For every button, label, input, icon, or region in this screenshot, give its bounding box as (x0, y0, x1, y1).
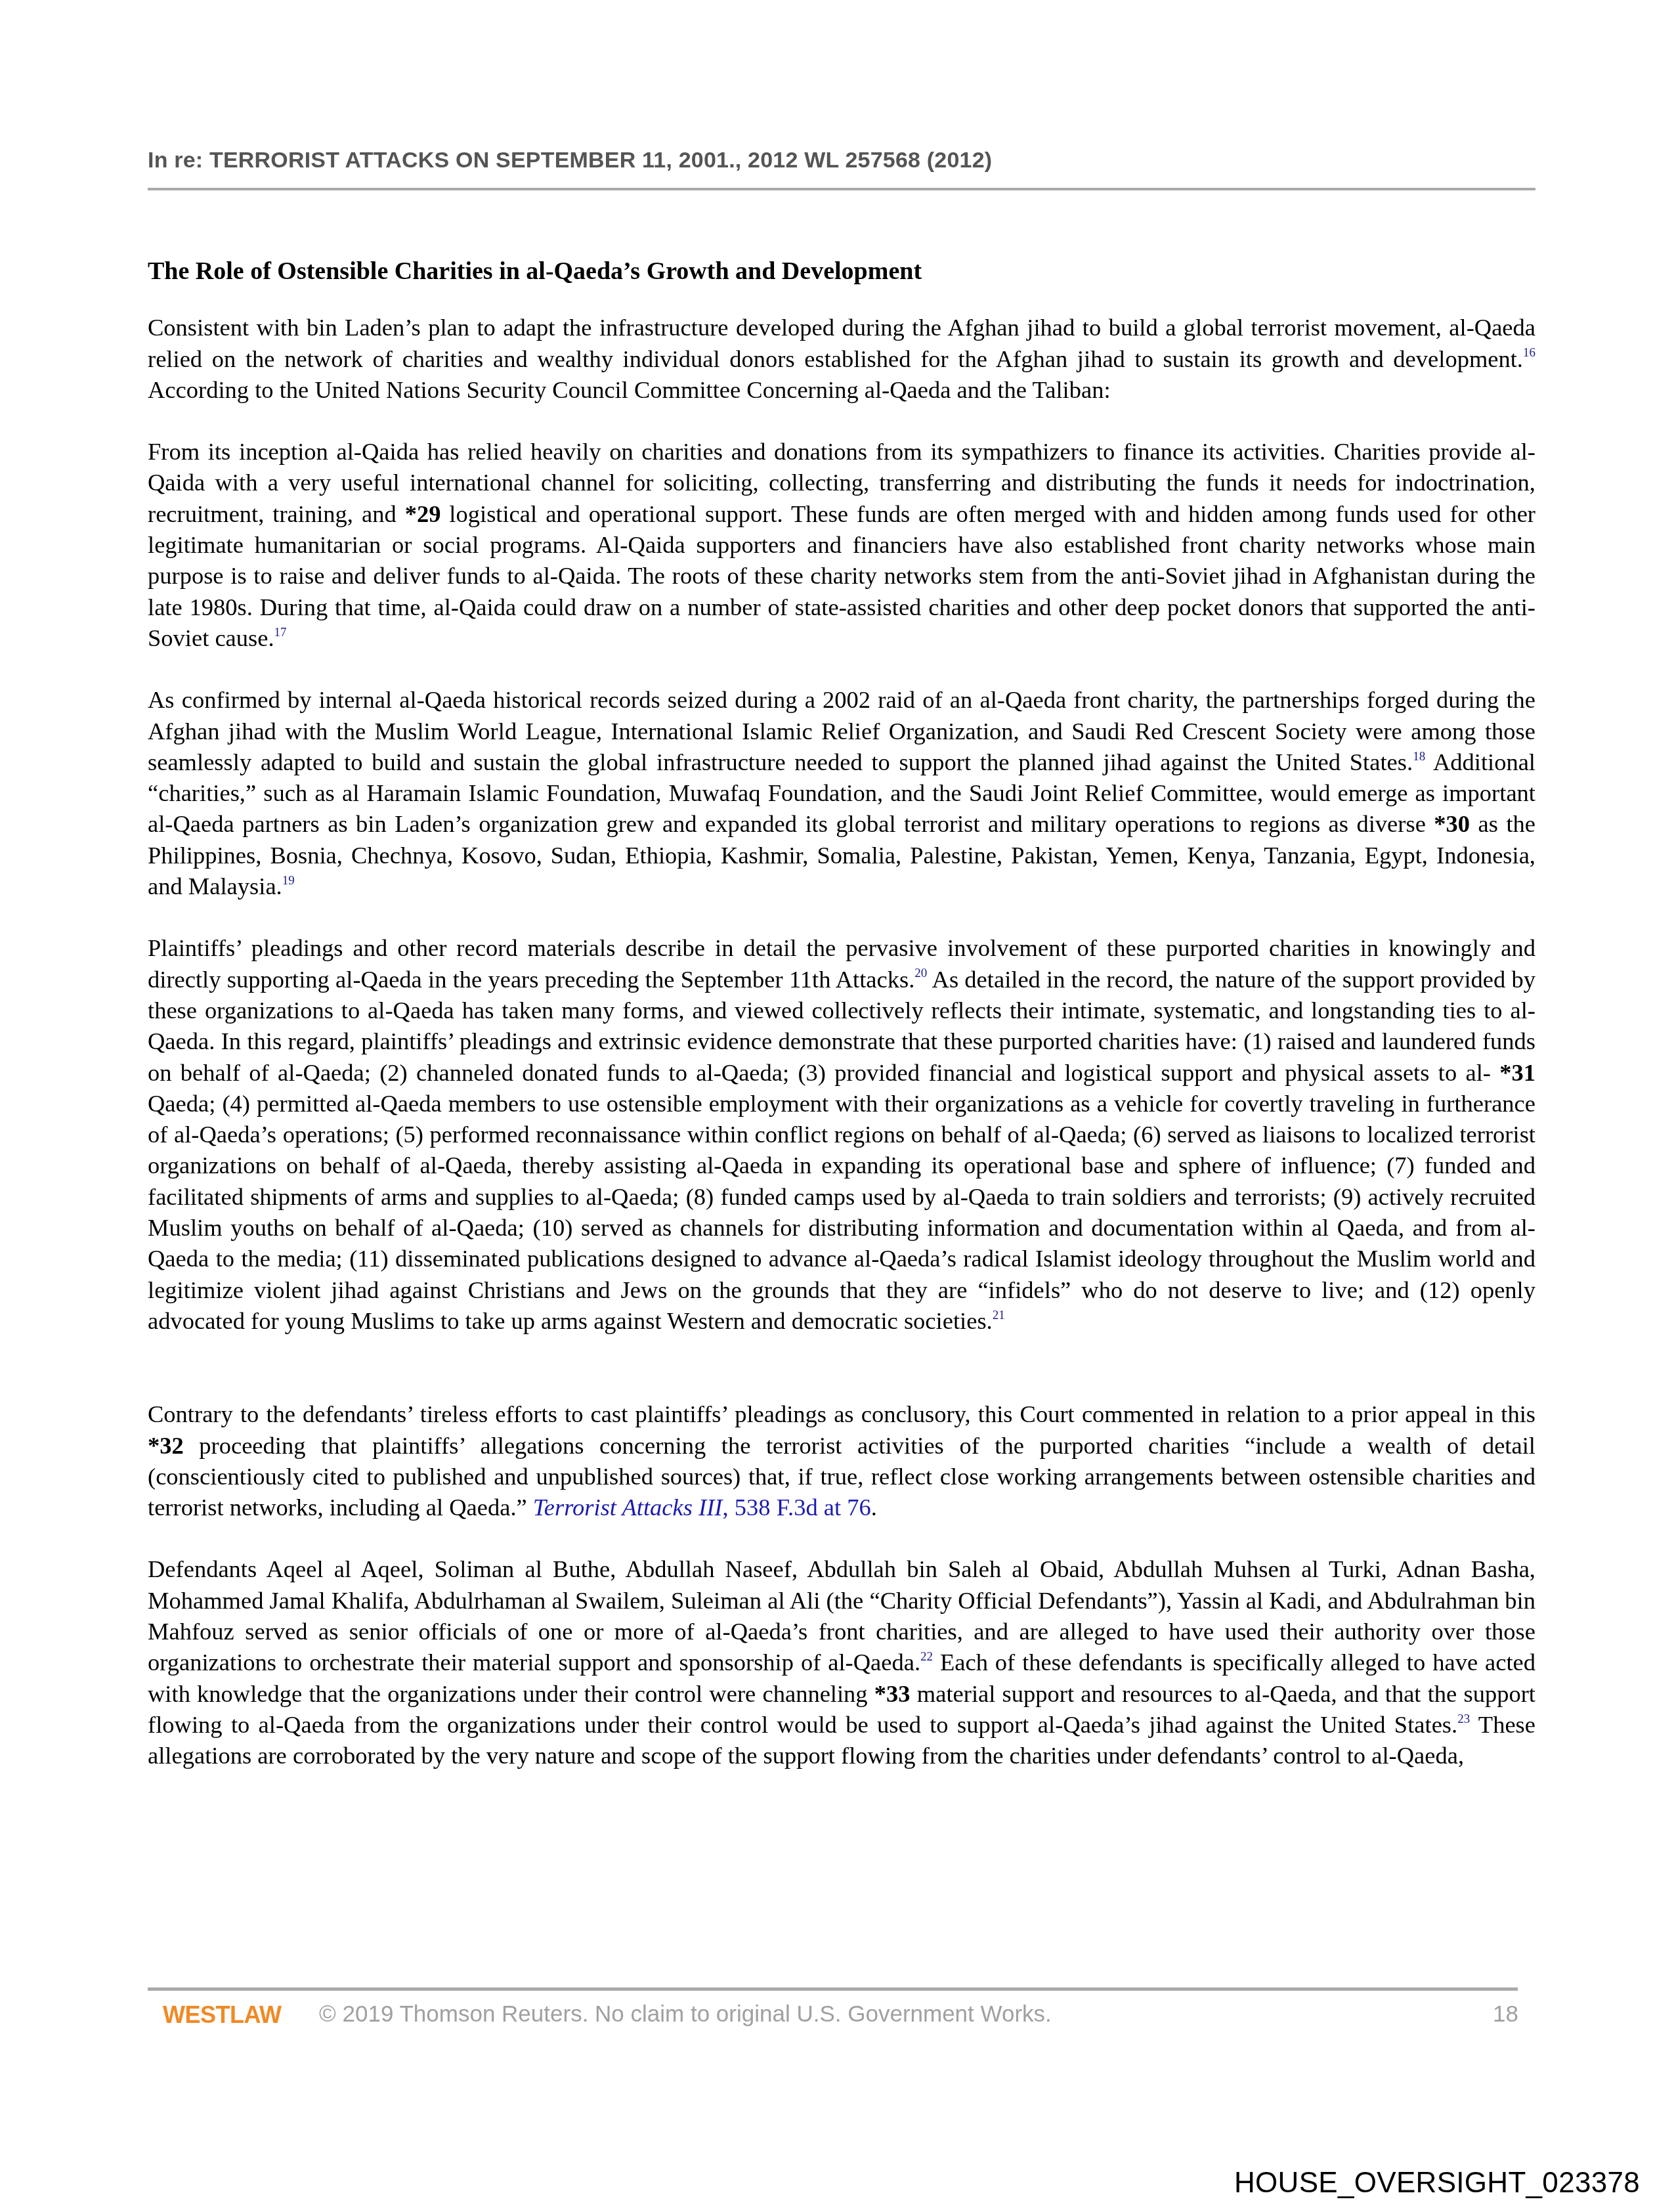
star-page-marker: *29 (405, 500, 441, 527)
paragraph-text: Qaeda; (4) permitted al-Qaeda members to… (148, 1090, 1535, 1334)
paragraph-un-quote: From its inception al-Qaida has relied h… (148, 436, 1535, 653)
westlaw-logo: WESTLAW (163, 2001, 281, 2029)
document-body: The Role of Ostensible Charities in al-Q… (148, 256, 1535, 1802)
paragraph-contrary: Contrary to the defendants’ tireless eff… (148, 1399, 1535, 1523)
star-page-marker: *33 (874, 1680, 911, 1707)
page-number: 18 (1493, 2001, 1518, 2028)
citation-case-name[interactable]: Terrorist Attacks III (533, 1494, 723, 1521)
footnote-link-22[interactable]: 22 (920, 1650, 933, 1664)
paragraph-text: . (871, 1494, 877, 1521)
footnote-link-23[interactable]: 23 (1457, 1712, 1470, 1726)
star-page-marker: *31 (1499, 1059, 1535, 1086)
page-footer: WESTLAW © 2019 Thomson Reuters. No claim… (163, 2001, 1518, 2034)
paragraph-defendants: Defendants Aqeel al Aqeel, Soliman al Bu… (148, 1553, 1535, 1771)
paragraph-pleadings: Plaintiffs’ pleadings and other record m… (148, 932, 1535, 1336)
paragraph-text: As confirmed by internal al-Qaeda histor… (148, 686, 1535, 775)
copyright-notice: © 2019 Thomson Reuters. No claim to orig… (319, 2001, 1052, 2028)
section-title: The Role of Ostensible Charities in al-Q… (148, 256, 1535, 287)
footnote-link-21[interactable]: 21 (993, 1309, 1005, 1322)
paragraph-text: According to the United Nations Security… (148, 376, 1111, 403)
footnote-link-16[interactable]: 16 (1523, 346, 1535, 360)
star-page-marker: *32 (148, 1432, 184, 1459)
paragraph-text: Contrary to the defendants’ tireless eff… (148, 1400, 1535, 1427)
header-divider (148, 188, 1535, 190)
star-page-marker: *30 (1434, 810, 1470, 837)
footnote-link-19[interactable]: 19 (282, 874, 295, 888)
document-header: In re: TERRORIST ATTACKS ON SEPTEMBER 11… (148, 148, 1534, 173)
paragraph-intro: Consistent with bin Laden’s plan to adap… (148, 312, 1535, 405)
case-citation-link[interactable]: Terrorist Attacks III, 538 F.3d at 76 (533, 1494, 871, 1521)
paragraph-records: As confirmed by internal al-Qaeda histor… (148, 684, 1535, 901)
bates-number: HOUSE_OVERSIGHT_023378 (1234, 2167, 1640, 2200)
citation-reporter[interactable]: , 538 F.3d at 76 (723, 1494, 871, 1521)
footnote-link-18[interactable]: 18 (1413, 750, 1425, 764)
footer-divider (148, 1987, 1518, 1991)
paragraph-text: Consistent with bin Laden’s plan to adap… (148, 314, 1535, 372)
footnote-link-17[interactable]: 17 (274, 626, 287, 640)
footnote-link-20[interactable]: 20 (914, 966, 927, 980)
